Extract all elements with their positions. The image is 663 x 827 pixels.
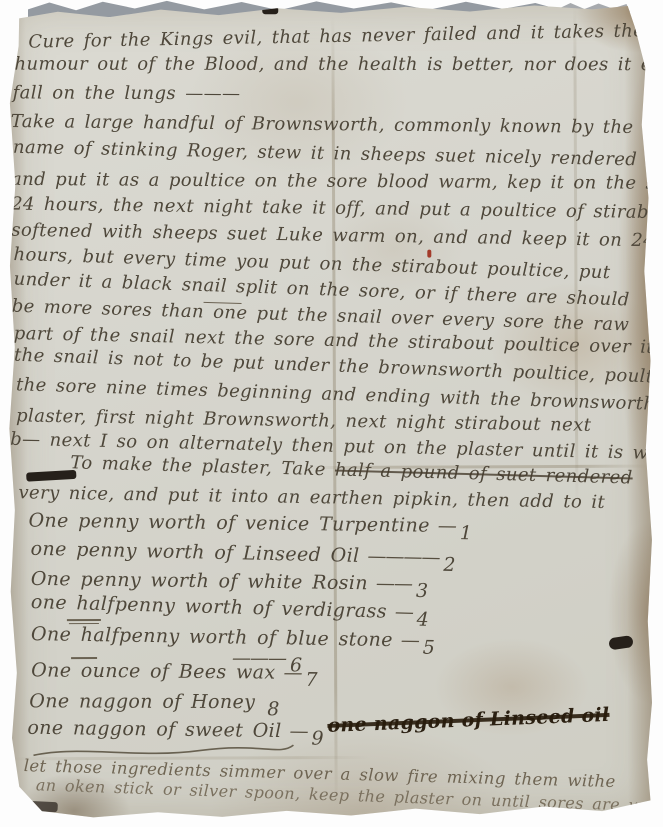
ingredient-dash: —	[438, 515, 456, 537]
ingredient-row: one naggon of sweet Oil—9	[27, 719, 324, 742]
ingredient-text: One naggon of Honey	[29, 690, 255, 713]
underline-mark	[69, 623, 99, 624]
underline-mark	[71, 657, 97, 659]
recipe-line: 24 hours, the next night take it off, an…	[11, 196, 663, 223]
underline-mark	[67, 619, 101, 621]
ingredient-text: one penny worth of Linseed Oil	[30, 538, 359, 567]
red-speck	[427, 250, 431, 258]
ingredient-row: one penny worth of Linseed Oil————2	[30, 540, 456, 568]
ingredient-text: One penny worth of white Rosin	[31, 568, 369, 594]
recipe-line: name of stinking Roger, stew it in sheep…	[13, 139, 638, 170]
ink-dash-mark	[26, 470, 76, 482]
ingredient-row: One ounce of Bees wax—7	[31, 661, 318, 683]
ingredient-number: 4	[416, 610, 429, 629]
ingredient-dash: —	[395, 601, 414, 623]
ingredient-row: One naggon of Honey8	[29, 692, 280, 712]
ingredient-text: One halfpenny worth of blue stone	[31, 623, 393, 651]
plaster-lead-in: To make the plaster, Take	[70, 452, 335, 480]
ingredient-number: 8	[267, 700, 280, 719]
ink-blot	[608, 635, 633, 650]
intro-line: Cure for the Kings evil, that has never …	[28, 22, 644, 51]
ingredient-number: 3	[416, 582, 429, 601]
ingredient-text: One penny worth of venice Turpentine	[28, 509, 430, 536]
ingredient-dash: ————	[367, 545, 439, 569]
scribbled-out-text: one naggon of Linseed oil	[327, 704, 610, 737]
ingredient-number: 7	[305, 671, 318, 690]
ingredient-row: One penny worth of venice Turpentine—1	[28, 511, 472, 536]
ink-blot	[18, 800, 58, 812]
ingredient-text: One ounce of Bees wax	[31, 659, 276, 683]
plaster-heading-line: very nice, and put it into an earthen pi…	[18, 484, 605, 512]
recipe-line: Take a large handful of Brownsworth, com…	[11, 113, 634, 137]
ingredient-text: one naggon of sweet Oil	[27, 717, 281, 742]
intro-line: humour out of the Blood, and the health …	[14, 56, 663, 75]
struck-text: half a pound of suet rendered	[335, 459, 633, 488]
recipe-line: and put it as a poultice on the sore blo…	[11, 171, 663, 193]
ingredient-number: 5	[423, 639, 436, 658]
ingredient-number: 2	[443, 556, 456, 575]
ingredient-dash: —	[289, 720, 307, 742]
ingredient-row: One penny worth of white Rosin——3	[31, 570, 429, 594]
ingredient-number: 1	[460, 524, 473, 543]
intro-line: fall on the lungs ———	[13, 84, 241, 103]
ingredient-number: 9	[311, 729, 324, 748]
ingredient-dash: —	[283, 662, 301, 684]
ingredient-dash: ——	[376, 572, 412, 594]
ingredient-dash: —	[401, 629, 419, 651]
manuscript-photo: Cure for the Kings evil, that has never …	[0, 0, 663, 827]
paper-sheet: Cure for the Kings evil, that has never …	[6, 3, 654, 820]
